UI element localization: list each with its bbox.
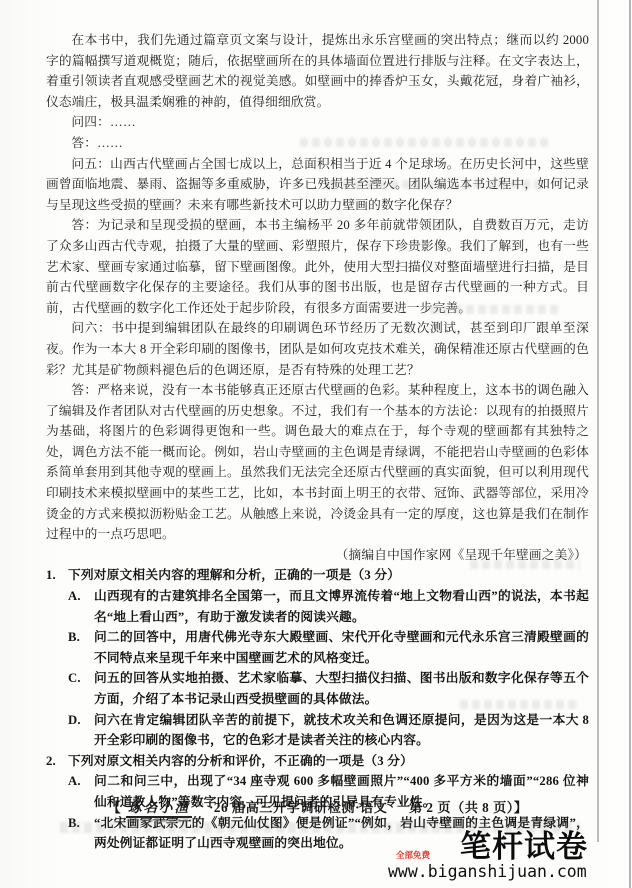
passage-paragraph: 问五：山西古代壁画占全国七成以上，总面积相当于近 4 个足球场。在历史长河中，这… bbox=[46, 154, 589, 216]
question-stem: 2.下列对原文相关内容的分析和评价，不正确的一项是（3 分） bbox=[46, 751, 589, 772]
passage-paragraph: 答：严格来说，没有一本书能够真正还原古代壁画的色彩。某种程度上，这本书的调色融入… bbox=[46, 380, 589, 545]
passage-paragraph: 问四：…… bbox=[46, 112, 589, 133]
scanned-exam-page: 在本书中，我们先通过篇章页文案与设计，提炼出永乐宫壁画的突出特点；继而以约 20… bbox=[0, 0, 632, 888]
question-number: 1. bbox=[46, 565, 68, 586]
option-text: 问五的回答从实地拍摄、艺术家临摹、大型扫描仪扫描、图书出版和数字化保存等五个方面… bbox=[94, 668, 589, 709]
question-block: 1.下列对原文相关内容的理解和分析，正确的一项是（3 分）A.山西现有的古建筑排… bbox=[46, 565, 589, 750]
site-watermark: 全部免费 笔杆试卷 www.biganshijuan.com bbox=[388, 831, 588, 881]
logo-subtext-smudge bbox=[127, 819, 191, 822]
option-label: B. bbox=[68, 813, 94, 854]
option-text: 问二的回答中，用唐代佛光寺东大殿壁画、宋代开化寺壁画和元代永乐宫三清殿壁画的不同… bbox=[94, 627, 589, 668]
footer-bracket-open: 【 bbox=[107, 800, 121, 815]
option-row: B.问二的回答中，用唐代佛光寺东大殿壁画、宋代开化寺壁画和元代永乐宫三清殿壁画的… bbox=[46, 627, 589, 668]
option-label: C. bbox=[68, 668, 94, 709]
scan-vertical-rule bbox=[597, 0, 599, 842]
watermark-url: www.biganshijuan.com bbox=[388, 862, 588, 881]
scan-page-edge bbox=[629, 0, 631, 888]
page-content: 在本书中，我们先通过篇章页文案与设计，提炼出永乐宫壁画的突出特点；继而以约 20… bbox=[46, 30, 589, 854]
passage-paragraph: 答：为记录和呈现受损的壁画，本书主编杨平 20 多年前就带领团队，自费数百万元，… bbox=[46, 215, 589, 318]
question-stem-text: 下列对原文相关内容的分析和评价，不正确的一项是（3 分） bbox=[68, 751, 589, 772]
question-number: 2. bbox=[46, 751, 68, 772]
footer-exam-title: ·26 届高三开学调研检测·语文 bbox=[209, 800, 387, 815]
publisher-logo-text: 琢名小渔 bbox=[128, 800, 190, 815]
option-label: D. bbox=[68, 710, 94, 751]
free-badge: 全部免费 bbox=[396, 849, 430, 861]
option-label: A. bbox=[68, 586, 94, 627]
footer-page-info: 第 2 页（共 8 页）】 bbox=[409, 800, 528, 815]
attribution-line: （摘编自中国作家网《呈现千年壁画之美》） bbox=[46, 545, 589, 566]
option-row: C.问五的回答从实地拍摄、艺术家临摹、大型扫描仪扫描、图书出版和数字化保存等五个… bbox=[46, 668, 589, 709]
option-text: 山西现有的古建筑排名全国第一，而且文博界流传着“地上文物看山西”的说法，本书起名… bbox=[94, 586, 589, 627]
option-text: 问六在肯定编辑团队辛苦的前提下，就技术攻关和色调还原提问，是因为这是一本大 8 … bbox=[94, 710, 589, 751]
passage-paragraph: 答：…… bbox=[46, 133, 589, 154]
publisher-logo: 琢名小渔 bbox=[126, 796, 192, 818]
passage-paragraph: 在本书中，我们先通过篇章页文案与设计，提炼出永乐宫壁画的突出特点；继而以约 20… bbox=[46, 30, 589, 112]
passage-paragraph: 问六：书中提到编辑团队在最终的印刷调色环节经历了无数次测试，甚至到印厂跟单至深夜… bbox=[46, 318, 589, 380]
question-stem: 1.下列对原文相关内容的理解和分析，正确的一项是（3 分） bbox=[46, 565, 589, 586]
page-footer: 【 琢名小渔 ® ·26 届高三开学调研检测·语文 第 2 页（共 8 页）】 bbox=[46, 796, 589, 818]
option-row: A.山西现有的古建筑排名全国第一，而且文博界流传着“地上文物看山西”的说法，本书… bbox=[46, 586, 589, 627]
question-stem-text: 下列对原文相关内容的理解和分析，正确的一项是（3 分） bbox=[68, 565, 589, 586]
option-row: D.问六在肯定编辑团队辛苦的前提下，就技术攻关和色调还原提问，是因为这是一本大 … bbox=[46, 710, 589, 751]
passage: 在本书中，我们先通过篇章页文案与设计，提炼出永乐宫壁画的突出特点；继而以约 20… bbox=[46, 30, 589, 565]
registered-trademark-icon: ® bbox=[197, 800, 203, 809]
option-label: B. bbox=[68, 627, 94, 668]
